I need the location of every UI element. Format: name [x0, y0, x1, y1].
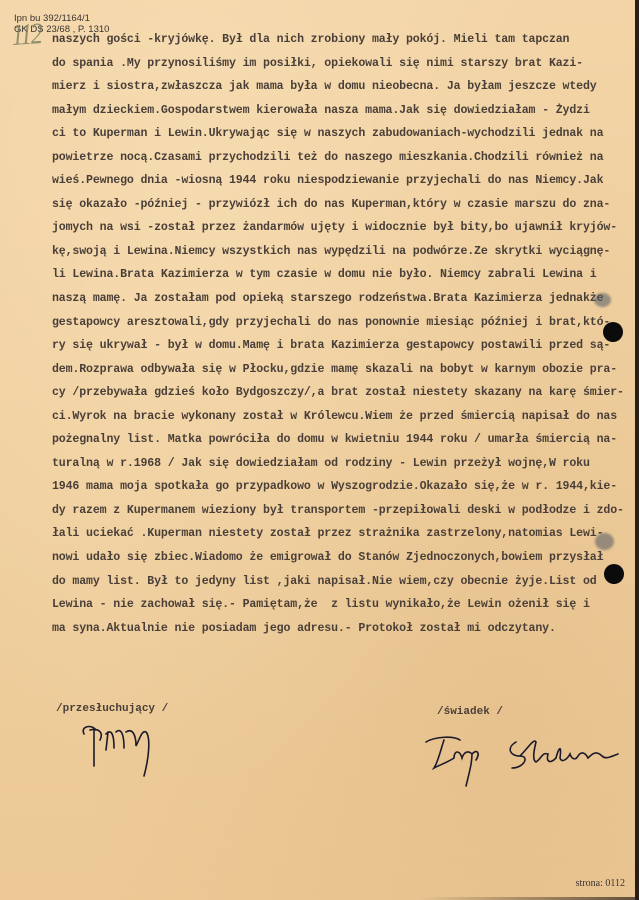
text-line: powietrze nocą.Czasami przychodzili też …	[52, 146, 632, 170]
text-line: ma syna.Aktualnie nie posiadam jego adre…	[52, 617, 632, 641]
text-line: ci to Kuperman i Lewin.Ukrywając się w n…	[52, 122, 632, 146]
text-line: się okazało -później - przywiózł ich do …	[52, 193, 632, 217]
text-line: mierz i siostra,zwłaszcza jak mama była …	[52, 75, 632, 99]
text-line: do spania .My przynosiliśmy im posiłki, …	[52, 52, 632, 76]
text-line: dy razem z Kupermanem wieziony był trans…	[52, 499, 632, 523]
text-line: li Lewina.Brata Kazimierza w tym czasie …	[52, 263, 632, 287]
text-line: małym dzieckiem.Gospodarstwem kierowała …	[52, 99, 632, 123]
punch-hole	[604, 564, 624, 584]
witness-signature	[420, 728, 630, 798]
text-line: naszą mamę. Ja zostałam pod opieką stars…	[52, 287, 632, 311]
text-line: naszych gości -kryjówkę. Był dla nich zr…	[52, 28, 632, 52]
scan-edge	[635, 0, 639, 900]
text-line: turalną w r.1968 / Jak się dowiedziałam …	[52, 452, 632, 476]
ink-blot	[594, 293, 611, 307]
interrogator-label: /przesłuchujący /	[56, 703, 168, 715]
text-line: wieś.Pewnego dnia -wiosną 1944 roku nies…	[52, 169, 632, 193]
text-line: nowi udało się zbiec.Wiadomo że emigrowa…	[52, 546, 632, 570]
ink-blot	[595, 533, 614, 550]
text-line: 1946 mama moja spotkała go przypadkowo w…	[52, 475, 632, 499]
testimony-text: naszych gości -kryjówkę. Był dla nich zr…	[52, 28, 632, 640]
text-line: Lewina - nie zachował się.- Pamiętam,że …	[52, 593, 632, 617]
text-line: ci.Wyrok na bracie wykonany został w Kró…	[52, 405, 632, 429]
text-line: gestapowcy aresztowali,gdy przyjechali d…	[52, 311, 632, 335]
text-line: dem.Rozprawa odbywała się w Płocku,gdzie…	[52, 358, 632, 382]
text-line: do mamy list. Był to jedyny list ,jaki n…	[52, 570, 632, 594]
page-footer: strona: 0112	[576, 878, 625, 889]
handwritten-page-number: 112	[11, 17, 42, 53]
text-line: cy /przebywała gdzieś koło Bydgoszczy/,a…	[52, 381, 632, 405]
interrogator-signature	[70, 718, 190, 788]
text-line: łali uciekać .Kuperman niestety został p…	[52, 522, 632, 546]
text-line: pożegnalny list. Matka powróciła do domu…	[52, 428, 632, 452]
punch-hole	[603, 322, 623, 342]
witness-label: /świadek /	[437, 706, 503, 718]
text-line: ry się ukrywał - był w domu.Mamę i brata…	[52, 334, 632, 358]
text-line: jomych na wsi -został przez żandarmów uj…	[52, 216, 632, 240]
text-line: kę,swoją i Lewina.Niemcy wszystkich nas …	[52, 240, 632, 264]
